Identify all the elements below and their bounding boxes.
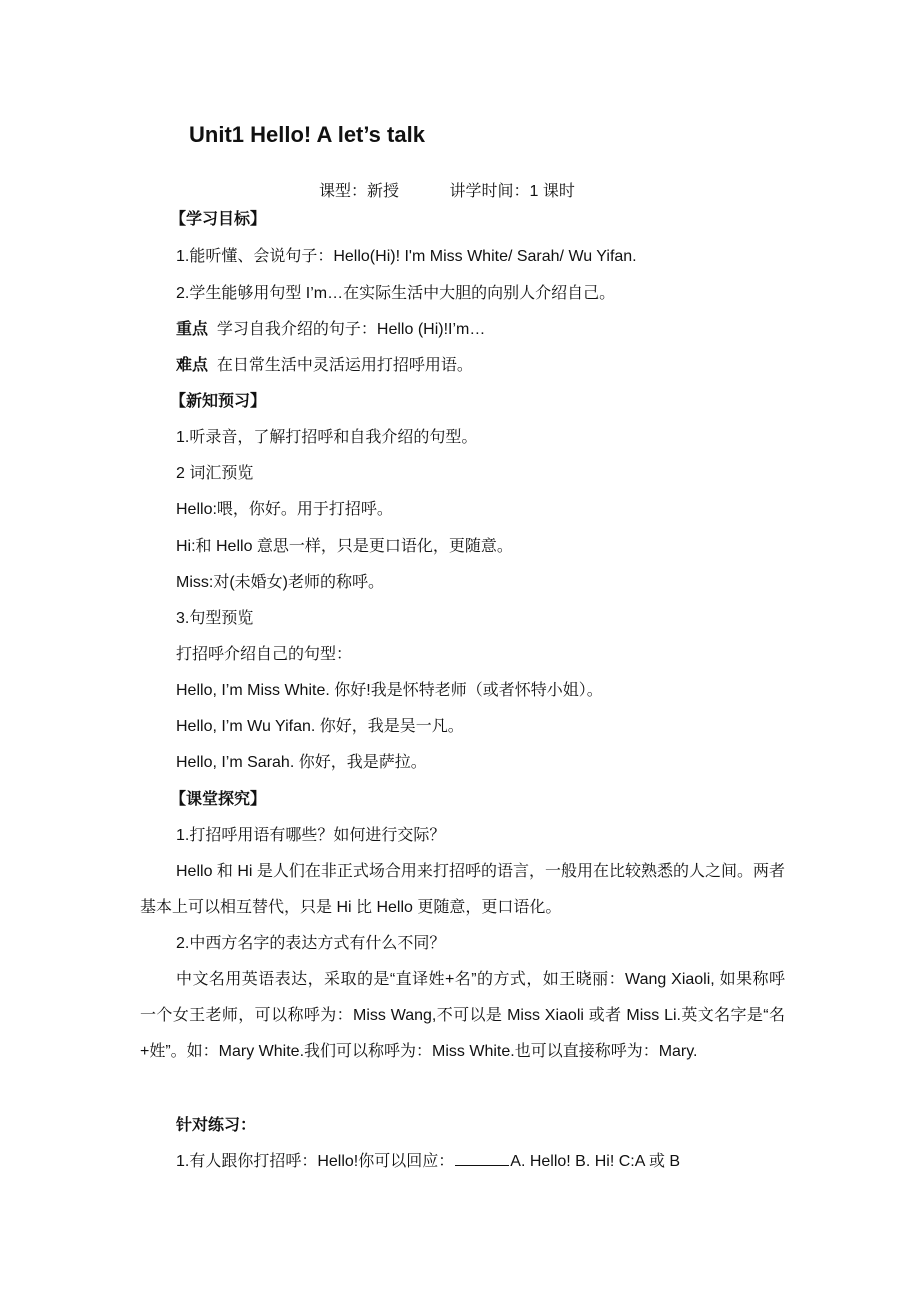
- preview-line: Miss:对(未婚女)老师的称呼。: [176, 572, 384, 594]
- key-point: 重点 学习自我介绍的句子：Hello (Hi)!I’m…: [176, 319, 485, 341]
- lesson-time: 讲学时间：1 课时: [449, 183, 574, 200]
- objective-item: 1.能听懂、会说句子：Hello(Hi)! I'm Miss White/ Sa…: [176, 246, 637, 268]
- difficult-point-label: 难点: [176, 357, 208, 374]
- preview-line: Hello, I’m Wu Yifan. 你好，我是吴一凡。: [176, 716, 464, 738]
- preview-line: 打招呼介绍自己的句型：: [176, 644, 352, 666]
- preview-line: 2 词汇预览: [176, 463, 253, 485]
- preview-line: 3.句型预览: [176, 608, 253, 630]
- answer-blank[interactable]: [455, 1151, 509, 1166]
- lesson-type: 课型：新授: [319, 183, 399, 200]
- section-heading-inquiry: 【课堂探究】: [170, 789, 266, 811]
- inquiry-question-1: 1.打招呼用语有哪些？如何进行交际？: [176, 825, 445, 847]
- inquiry-question-2: 2.中西方名字的表达方式有什么不同？: [176, 933, 445, 955]
- inquiry-answer-2: 中文名用英语表达，采取的是“直译姓+名”的方式，如王晓丽：Wang Xiaoli…: [140, 962, 785, 1070]
- key-point-label: 重点: [176, 321, 208, 338]
- document-title: Unit1 Hello! A let’s talk: [189, 122, 425, 148]
- inquiry-answer-1: Hello 和 Hi 是人们在非正式场合用来打招呼的语言，一般用在比较熟悉的人之…: [140, 854, 785, 926]
- practice-question-1-options: A. Hello! B. Hi! C:A 或 B: [510, 1153, 680, 1170]
- practice-heading: 针对练习：: [176, 1115, 256, 1137]
- difficult-point-text: 在日常生活中灵活运用打招呼用语。: [217, 357, 473, 374]
- objective-item: 2.学生能够用句型 I’m…在实际生活中大胆的向别人介绍自己。: [176, 283, 615, 305]
- preview-line: Hello, I’m Miss White. 你好!我是怀特老师（或者怀特小姐）…: [176, 680, 603, 702]
- preview-line: Hello, I’m Sarah. 你好，我是萨拉。: [176, 752, 427, 774]
- preview-line: Hello:喂，你好。用于打招呼。: [176, 499, 393, 521]
- difficult-point: 难点 在日常生活中灵活运用打招呼用语。: [176, 355, 473, 377]
- section-heading-preview: 【新知预习】: [170, 391, 266, 413]
- key-point-text: 学习自我介绍的句子：Hello (Hi)!I’m…: [217, 321, 485, 338]
- document-page: Unit1 Hello! A let’s talk 课型：新授 讲学时间：1 课…: [0, 0, 920, 1302]
- section-heading-objectives: 【学习目标】: [170, 209, 266, 231]
- preview-line: Hi:和 Hello 意思一样，只是更口语化，更随意。: [176, 536, 513, 558]
- preview-line: 1.听录音，了解打招呼和自我介绍的句型。: [176, 427, 477, 449]
- lesson-meta: 课型：新授 讲学时间：1 课时: [319, 178, 575, 201]
- practice-question-1-prompt: 1.有人跟你打招呼：Hello!你可以回应：: [176, 1153, 454, 1170]
- practice-question-1: 1.有人跟你打招呼：Hello!你可以回应：A. Hello! B. Hi! C…: [176, 1151, 680, 1173]
